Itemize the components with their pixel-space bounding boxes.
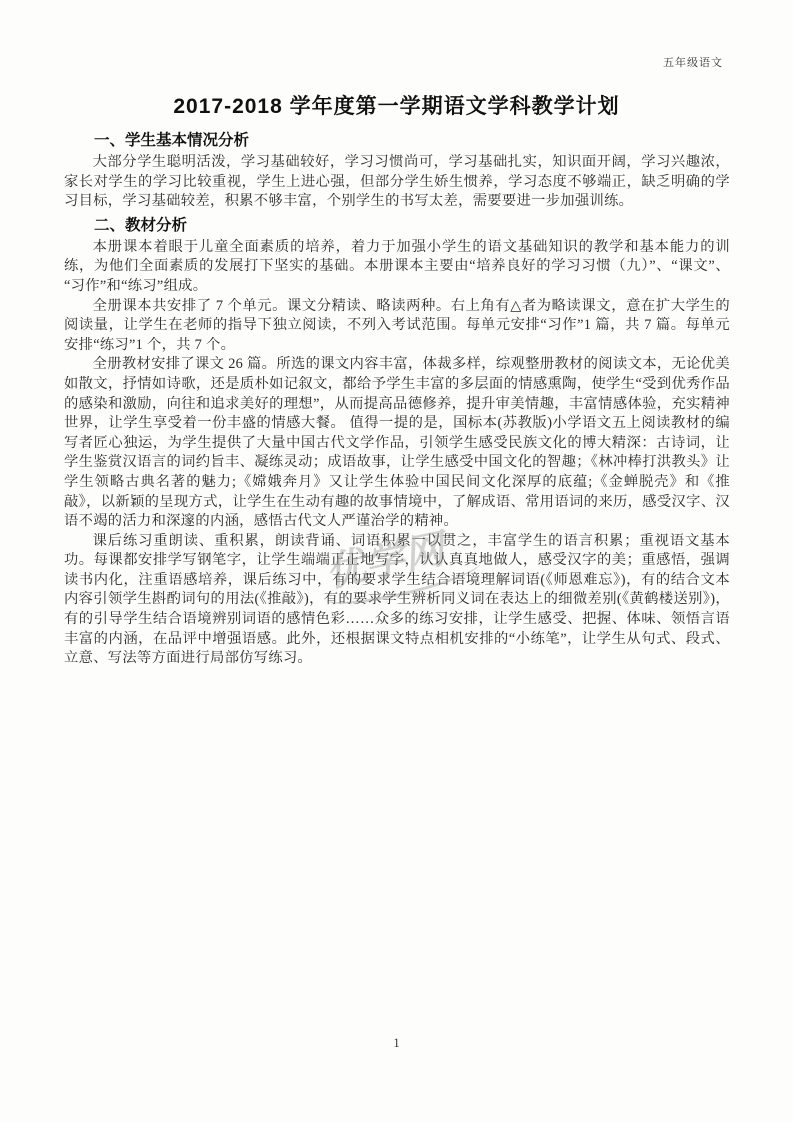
page-number: 1: [0, 1036, 793, 1051]
paragraph-unit-arrangement: 全册课本共安排了 7 个单元。课文分精读、略读两种。右上角有△者为略读课文，意在…: [64, 297, 730, 356]
header-grade-subject-label: 五年级语文: [663, 54, 723, 70]
section-heading-textbook-analysis: 二、教材分析: [64, 216, 730, 236]
paragraph-textbook-overview: 本册课本着眼于儿童全面素质的培养，着力于加强小学生的语文基础知识的教学和基本能力…: [64, 238, 730, 297]
paragraph-text-selection: 全册教材安排了课文 26 篇。所选的课文内容丰富，体裁多样，综观整册教材的阅读文…: [64, 355, 730, 531]
document-page: 五年级语文 2017-2018 学年度第一学期语文学科教学计划 一、学生基本情况…: [0, 0, 793, 1122]
paragraph-student-analysis: 大部分学生聪明活泼，学习基础较好，学习习惯尚可，学习基础扎实，知识面开阔，学习兴…: [64, 153, 730, 212]
paragraph-exercises: 课后练习重朗读、重积累，朗读背诵、词语积累一以贯之，丰富学生的语言积累；重视语文…: [64, 532, 730, 669]
section-heading-student-analysis: 一、学生基本情况分析: [64, 131, 730, 151]
document-title: 2017-2018 学年度第一学期语文学科教学计划: [0, 90, 793, 120]
document-body: 一、学生基本情况分析 大部分学生聪明活泼，学习基础较好，学习习惯尚可，学习基础扎…: [64, 131, 730, 669]
